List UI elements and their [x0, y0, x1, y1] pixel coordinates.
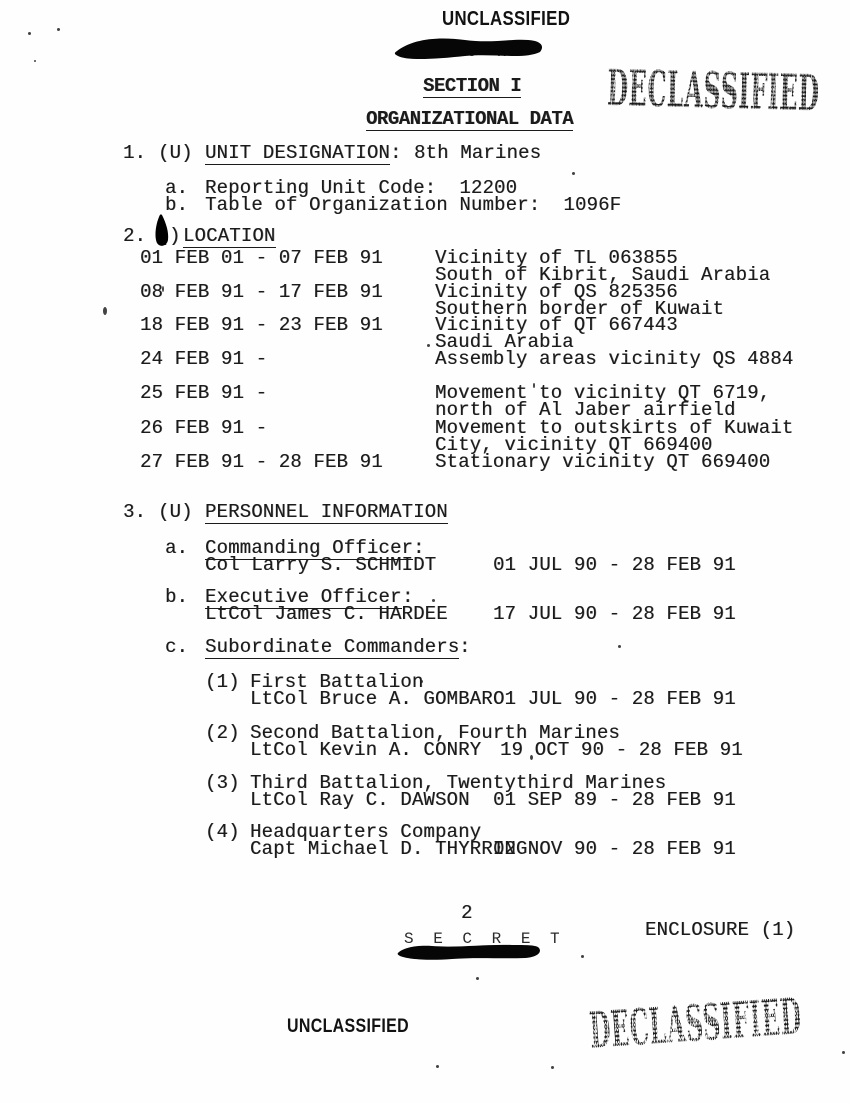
underlined-typed-text: PERSONNEL INFORMATION	[205, 503, 448, 524]
typed-text: O1 JUL 90 - 28 FEB 91	[493, 690, 736, 709]
typed-text: 01 JUL 90 - 28 FEB 91	[493, 556, 736, 575]
typed-line: LtCol James C. HARDEE17 JUL 90 - 28 FEB …	[0, 605, 850, 629]
document-page: UNCLASSIFIED E C R DECLASSIFIED DECLASSI…	[0, 0, 850, 1103]
typed-text: 24 FEB 91 -	[140, 350, 267, 369]
ink-speck	[103, 307, 107, 315]
redaction-marker-stroke-bottom	[397, 936, 543, 964]
typed-text: LtCol Ray C. DAWSON	[250, 791, 470, 810]
underlined-typed-text: Subordinate Commanders	[205, 638, 459, 659]
ink-speck	[551, 1066, 554, 1069]
underlined-typed-text: UNIT DESIGNATION	[205, 144, 390, 165]
ink-speck	[436, 1065, 439, 1068]
typed-line: LtCol Bruce A. GOMBARO1 JUL 90 - 28 FEB …	[0, 690, 850, 714]
ink-speck	[427, 344, 430, 347]
typed-text: 17 JUL 90 - 28 FEB 91	[493, 605, 736, 624]
typed-text: (U)	[158, 503, 193, 522]
ink-speck	[530, 755, 533, 760]
redaction-marker-stroke-top	[393, 33, 545, 63]
typed-text: :	[459, 638, 471, 657]
ink-speck	[476, 977, 479, 980]
ink-speck	[432, 599, 435, 602]
redaction-ink-blob	[152, 214, 171, 249]
typed-text: LtCol Bruce A. GOMBAR	[250, 690, 493, 709]
typed-text: 8th Marines	[414, 144, 541, 163]
typed-line: 24 FEB 91 -Assembly areas vicinity QS 48…	[0, 350, 850, 374]
typed-text: c.	[165, 638, 188, 657]
typed-line: LtCol Kevin A. CONRY19 OCT 90 - 28 FEB 9…	[0, 741, 850, 765]
ink-speck	[28, 32, 31, 35]
typed-line: c.Subordinate Commanders:	[0, 638, 850, 662]
typed-line: SECTION I	[0, 77, 850, 101]
typed-text: ENCLOSURE (1)	[645, 921, 795, 940]
ink-speck	[572, 172, 575, 175]
typed-text: LtCol Kevin A. CONRY	[250, 741, 481, 760]
typed-line: LtCol Ray C. DAWSON01 SEP 89 - 28 FEB 91	[0, 791, 850, 815]
top-classification-marking: UNCLASSIFIED	[442, 8, 570, 31]
typed-text: (U)	[158, 144, 193, 163]
typed-line: 2.()LOCATION	[0, 227, 850, 251]
typed-line: Capt Michael D. THYRRING02 NOV 90 - 28 F…	[0, 840, 850, 864]
typed-text: b.	[165, 196, 188, 215]
ink-speck	[618, 645, 621, 648]
ink-speck	[842, 1051, 845, 1054]
bottom-classification-marking: UNCLASSIFIED	[287, 1016, 409, 1038]
typed-line: 27 FEB 91 - 28 FEB 91Stationary vicinity…	[0, 453, 850, 477]
typed-text: Col Larry S. SCHMIDT	[205, 556, 436, 575]
underlined-typed-text: SECTION I	[423, 77, 521, 98]
typed-text: 02 NOV 90 - 28 FEB 91	[493, 840, 736, 859]
typed-text: 27 FEB 91 - 28 FEB 91	[140, 453, 383, 472]
declassified-stamp-bottom: DECLASSIFIED	[588, 991, 803, 1056]
ink-speck	[533, 383, 535, 388]
ink-speck	[57, 28, 60, 31]
typed-text: Stationary vicinity QT 669400	[435, 453, 770, 472]
typed-text: Table of Organization Number: 1096F	[205, 196, 621, 215]
typed-text: Assembly areas vicinity QS 4884	[435, 350, 793, 369]
ink-speck	[581, 955, 584, 958]
typed-text: 3.	[123, 503, 146, 522]
typed-line: Col Larry S. SCHMIDT01 JUL 90 - 28 FEB 9…	[0, 556, 850, 580]
typed-line: 1.(U)UNIT DESIGNATION:8th Marines	[0, 144, 850, 168]
typed-text: 01 SEP 89 - 28 FEB 91	[493, 791, 736, 810]
underlined-typed-text: ORGANIZATIONAL DATA	[366, 110, 573, 131]
typed-text: 2.	[123, 227, 146, 246]
typed-line: 3.(U)PERSONNEL INFORMATION	[0, 503, 850, 527]
typed-text: 19 OCT 90 - 28 FEB 91	[500, 741, 743, 760]
typed-text: 1.	[123, 144, 146, 163]
typed-text: LtCol James C. HARDEE	[205, 605, 448, 624]
typed-text: :	[390, 144, 402, 163]
ink-speck	[34, 60, 36, 62]
underlined-typed-text: LOCATION	[183, 227, 276, 248]
ink-speck	[420, 680, 423, 683]
typed-line: b.Table of Organization Number: 1096F	[0, 196, 850, 220]
typed-text: Capt Michael D. THYRRING	[250, 840, 527, 859]
ink-speck	[162, 286, 164, 292]
typed-line: ORGANIZATIONAL DATA	[0, 110, 850, 134]
